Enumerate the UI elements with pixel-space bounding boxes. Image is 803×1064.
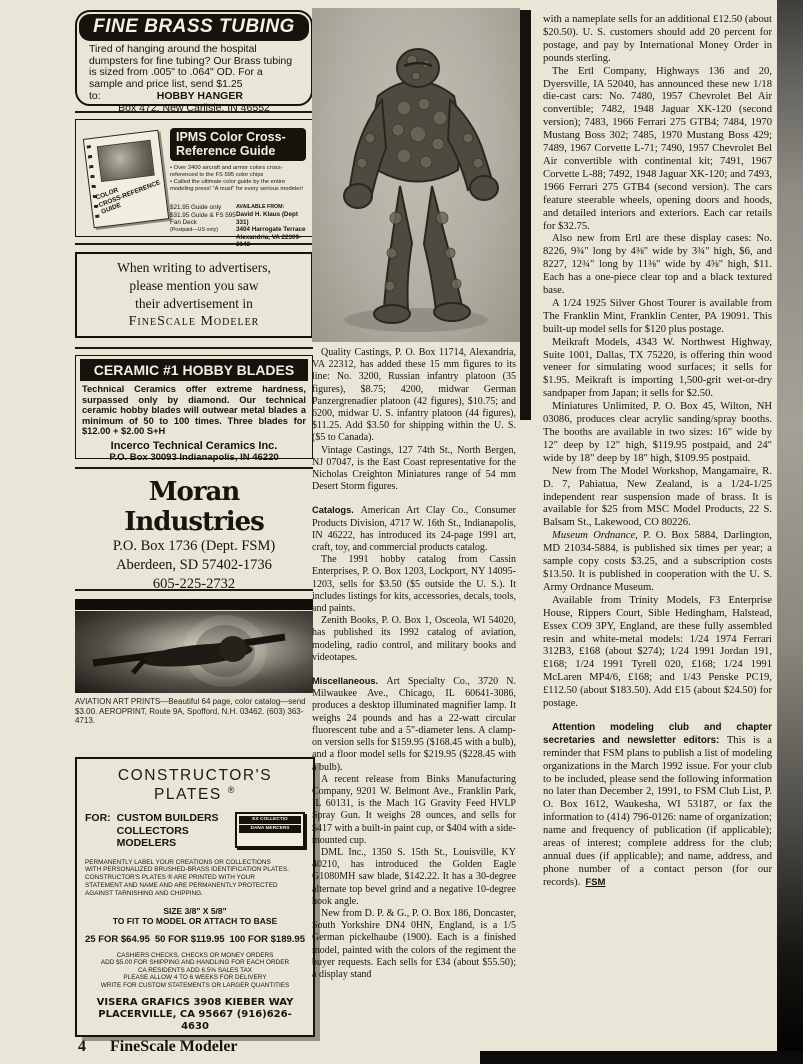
phone-number: 605-225-2732: [75, 575, 313, 594]
rock-creature-figure-photo: [312, 8, 520, 342]
photo-edge-bar: [520, 10, 531, 420]
text-line: AGAINST TARNISHING AND CHIPPING.: [85, 890, 305, 898]
ad-body-text: Tired of hanging around the hospital dum…: [79, 41, 309, 90]
ad-moran-industries: Moran Industries P.O. Box 1736 (Dept. FS…: [75, 467, 313, 591]
text-line: Fan Deck: [170, 219, 236, 227]
ad-fine-brass-tubing: FINE BRASS TUBING Tired of hanging aroun…: [75, 10, 313, 106]
ad-caption: AVIATION ART PRINTS—Beautiful 64 page, c…: [75, 697, 313, 726]
article-paragraph: Quality Castings, P. O. Box 11714, Alexa…: [312, 347, 516, 445]
article-paragraph: New from The Model Workshop, Mangamaire,…: [543, 466, 772, 531]
page-number: 4: [78, 1038, 86, 1056]
for-label: FOR:: [85, 812, 111, 850]
text-line: STATEMENT AND NAME AND ARE PERMANENTLY P…: [85, 882, 305, 890]
article-paragraph: Zenith Books, P. O. Box 1, Osceola, WI 5…: [312, 615, 516, 664]
text-line: PERMANENTLY LABEL YOUR CREATIONS OR COLL…: [85, 859, 305, 867]
airplane-photo: [75, 611, 313, 693]
registered-mark: ®: [228, 785, 236, 795]
company-address: P.O. Box 30093 Indianapolis, IN 46220: [80, 452, 308, 463]
article-paragraph: Miscellaneous. Art Specialty Co., 3720 N…: [312, 675, 516, 774]
ad-right-block: IPMS Color Cross-Reference Guide Over 24…: [170, 128, 306, 193]
text-line: their advertisement in: [77, 295, 311, 313]
size-info: SIZE 3/8" X 5/8" TO FIT TO MODEL OR ATTA…: [85, 906, 305, 926]
text-line: CONSTRUCTOR'S PLATES ® ARE PRINTED WITH …: [85, 874, 305, 882]
scan-edge-bottom: [480, 1051, 803, 1064]
article-paragraph: Museum Ordnance, P. O. Box 5884, Darling…: [543, 530, 772, 595]
ad-aviation-art-prints: AVIATION ART PRINTS—Beautiful 64 page, c…: [75, 599, 313, 729]
ad-order-block: $21.95 Guide only$31.95 Guide & FS 595Fa…: [170, 204, 306, 248]
text-line: CA RESIDENTS ADD 6.5% SALES TAX: [85, 967, 305, 975]
magazine-page: FINE BRASS TUBING Tired of hanging aroun…: [0, 0, 803, 1064]
vendor-block: AVAILABLE FROM: David H. Klaus (Dept 331…: [236, 204, 306, 248]
to-label: to:: [89, 90, 101, 102]
article-paragraph: with a nameplate sells for an additional…: [543, 14, 772, 66]
fsm-end-mark: FSM: [585, 877, 605, 888]
page-footer: 4 FineScale Modeler: [78, 1038, 238, 1056]
company-address: Box 472, New Carlisle, IN 46552: [79, 102, 309, 114]
ad-title: FINE BRASS TUBING: [79, 14, 309, 41]
address-line: Aberdeen, SD 57402-1736: [75, 556, 313, 575]
text-line: CUSTOM BUILDERS: [117, 812, 219, 825]
sample-nameplate: EX COLLECTIODANA MERCERS: [235, 812, 305, 848]
black-bar: [75, 599, 313, 610]
price-list: $21.95 Guide only$31.95 Guide & FS 595Fa…: [170, 204, 236, 248]
text-line: 50 FOR $119.95: [155, 934, 225, 945]
text-line: EX COLLECTIO: [239, 816, 301, 824]
text-line: DANA MERCERS: [239, 825, 301, 833]
advertiser-notice-box: When writing to advertisers,please menti…: [75, 252, 313, 338]
text-line: 25 FOR $64.95: [85, 934, 150, 945]
article-paragraph: The Ertl Company, Highways 136 and 20, D…: [543, 66, 772, 234]
text-line: $31.95 Guide & FS 595: [170, 212, 236, 220]
magazine-name: FineScale Modeler: [77, 313, 311, 331]
text-line: WRITE FOR CUSTOM STATEMENTS OR LARGER QU…: [85, 982, 305, 990]
article-paragraph: Catalogs. American Art Clay Co., Consume…: [312, 504, 516, 554]
article-paragraph: Meikraft Models, 4343 W. Northwest Highw…: [543, 337, 772, 402]
text-line: PLEASE ALLOW 4 TO 6 WEEKS FOR DELIVERY: [85, 974, 305, 982]
article-paragraph: A 1/24 1925 Silver Ghost Tourer is avail…: [543, 298, 772, 337]
ad-divider: [75, 347, 313, 349]
article-paragraph: Also new from Ertl are these display cas…: [543, 233, 772, 298]
figure-illustration: [312, 8, 520, 342]
available-from-label: AVAILABLE FROM:: [236, 204, 306, 211]
text-line: Over 2400 aircraft and armor colors cros…: [170, 165, 306, 179]
audience-list: CUSTOM BUILDERSCOLLECTORSMODELERS: [117, 812, 219, 850]
ad-title: IPMS Color Cross-Reference Guide: [170, 128, 306, 161]
airplane-illustration: [75, 611, 313, 693]
audience-row: FOR: CUSTOM BUILDERSCOLLECTORSMODELERS E…: [85, 812, 305, 850]
paragraph-lead: Miscellaneous.: [312, 676, 386, 686]
order-terms: CASHIERS CHECKS, CHECKS OR MONEY ORDERSA…: [85, 952, 305, 990]
article-paragraph: A recent release from Binks Manufacturin…: [312, 774, 516, 847]
text-line: When writing to advertisers,: [77, 259, 311, 277]
ad-bullet-list: Over 2400 aircraft and armor colors cros…: [170, 165, 306, 193]
article-paragraph: The 1991 hobby catalog from Cassin Enter…: [312, 554, 516, 615]
text-line: Called the ultimate color guide by the e…: [170, 179, 306, 193]
paragraph-lead: Catalogs.: [312, 505, 361, 515]
text-line: 3404 Harrogate Terrace: [236, 226, 306, 233]
title-text: CONSTRUCTOR'S PLATES: [118, 767, 272, 803]
magazine-title: FineScale Modeler: [110, 1038, 238, 1056]
company-name: Incerco Technical Ceramics Inc.: [80, 440, 308, 452]
paragraph-lead: Museum Ordnance,: [552, 530, 643, 541]
size-line: SIZE 3/8" X 5/8": [85, 906, 305, 916]
ad-ipms-guide: COLORCROSS-REFERENCEGUIDE IPMS Color Cro…: [75, 119, 313, 237]
text-line: 100 FOR $189.95: [229, 934, 305, 945]
text-line: CASHIERS CHECKS, CHECKS OR MONEY ORDERS: [85, 952, 305, 960]
text-line: $21.95 Guide only: [170, 204, 236, 212]
scan-edge-right: [777, 0, 803, 1064]
article-paragraph: Attention modeling club and chapter secr…: [543, 722, 772, 890]
postpaid-note: (Postpaid—US only): [170, 227, 236, 235]
article-column-right: with a nameplate sells for an additional…: [543, 14, 772, 890]
text-line: ADD $5.00 FOR SHIPPING AND HANDLING FOR …: [85, 959, 305, 967]
company-name: HOBBY HANGER: [101, 90, 299, 102]
guide-book-thumbnail: COLORCROSS-REFERENCEGUIDE: [83, 130, 169, 229]
vendor-line: VISERA GRAFICS 3908 KIEBER WAY: [85, 997, 305, 1009]
text-line: Alexandria, VA 22309-2142: [236, 234, 306, 249]
ad-ceramic-blades: CERAMIC #1 HOBBY BLADES Technical Cerami…: [75, 355, 313, 459]
vendor-address: David H. Klaus (Dept 331)3404 Harrogate …: [236, 211, 306, 248]
ad-title: CERAMIC #1 HOBBY BLADES: [80, 359, 308, 381]
article-paragraph: DML Inc., 1350 S. 15th St., Louisville, …: [312, 847, 516, 908]
paragraph-lead: Attention modeling club and chapter secr…: [543, 722, 772, 746]
ad-body-text: PERMANENTLY LABEL YOUR CREATIONS OR COLL…: [85, 859, 305, 898]
article-paragraph: New from D. P. & G., P. O. Box 186, Donc…: [312, 908, 516, 981]
price-lines: $21.95 Guide only$31.95 Guide & FS 595Fa…: [170, 204, 236, 227]
article-column-middle: Quality Castings, P. O. Box 11714, Alexa…: [312, 347, 516, 981]
text-line: please mention you saw: [77, 277, 311, 295]
notice-lines: When writing to advertisers,please menti…: [77, 259, 311, 313]
article-paragraph: Miniatures Unlimited, P. O. Box 45, Wilt…: [543, 401, 772, 466]
ad-title: Moran Industries: [75, 477, 313, 537]
size-line: TO FIT TO MODEL OR ATTACH TO BASE: [85, 916, 305, 926]
text-line: MODELERS: [117, 837, 219, 850]
ad-title: CONSTRUCTOR'S PLATES ®: [85, 767, 305, 804]
ad-company-row: to: HOBBY HANGER: [79, 90, 309, 102]
article-paragraph: Available from Trinity Models, F3 Enterp…: [543, 595, 772, 711]
vendor-block: VISERA GRAFICS 3908 KIEBER WAY PLACERVIL…: [85, 997, 305, 1033]
ad-body-text: Technical Ceramics offer extreme hardnes…: [80, 381, 308, 437]
article-paragraph: Vintage Castings, 127 74th St., North Be…: [312, 445, 516, 494]
for-block: FOR: CUSTOM BUILDERSCOLLECTORSMODELERS: [85, 812, 235, 850]
ad-constructors-plates: CONSTRUCTOR'S PLATES ® FOR: CUSTOM BUILD…: [75, 757, 315, 1037]
price-row: 25 FOR $64.9550 FOR $119.95100 FOR $189.…: [85, 934, 305, 945]
address-line: P.O. Box 1736 (Dept. FSM): [75, 537, 313, 556]
text-line: David H. Klaus (Dept 331): [236, 211, 306, 226]
vendor-line: PLACERVILLE, CA 95667 (916)626-4630: [85, 1009, 305, 1033]
text-line: COLLECTORS: [117, 825, 219, 838]
